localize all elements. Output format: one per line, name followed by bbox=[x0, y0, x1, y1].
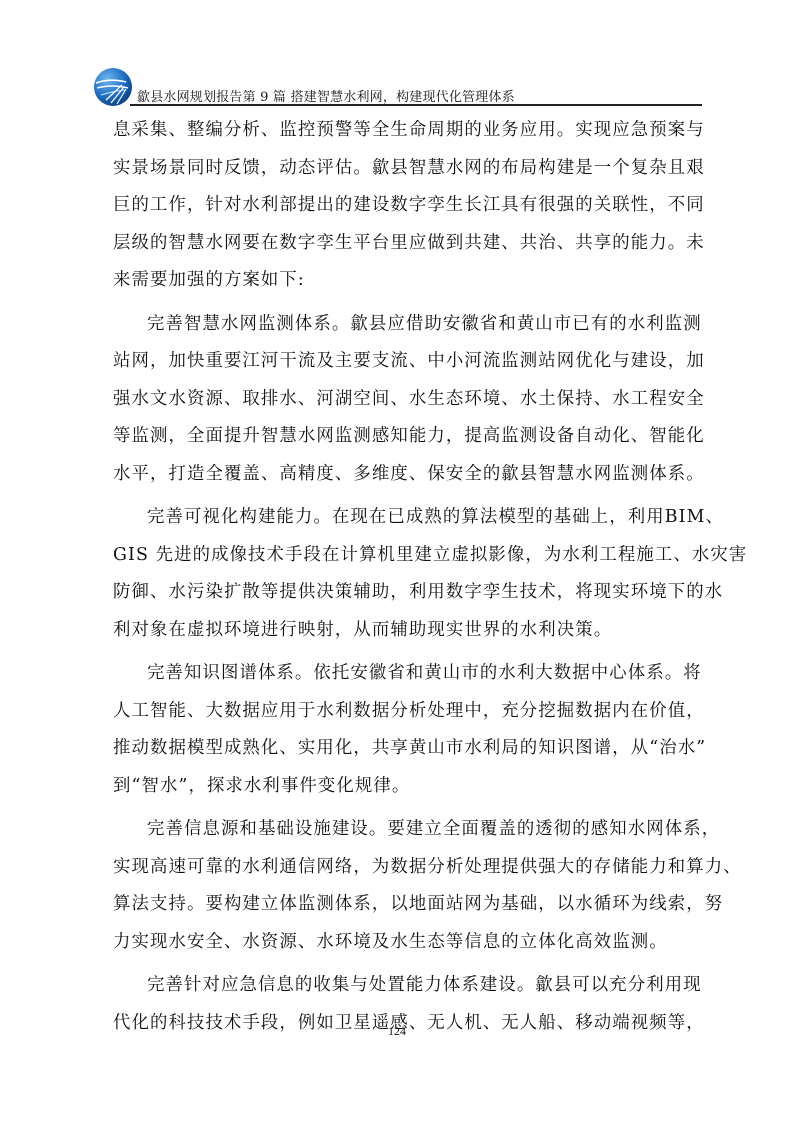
text-line: 完善可视化构建能力。在现在已成熟的算法模型的基础上，利用BIM、 bbox=[113, 499, 713, 537]
text-line: 完善智慧水网监测体系。歙县应借助安徽省和黄山市已有的水利监测 bbox=[113, 306, 713, 344]
text-line: 防御、水污染扩散等提供决策辅助，利用数字孪生技术，将现实环境下的水 bbox=[113, 574, 713, 612]
text-line: 推动数据模型成熟化、实用化，共享黄山市水利局的知识图谱，从“治水” bbox=[113, 730, 713, 768]
page-number: 124 bbox=[0, 1024, 794, 1039]
text-line: 利对象在虚拟环境进行映射，从而辅助现实世界的水利决策。 bbox=[113, 612, 713, 650]
text-line: 强水文水资源、取排水、河湖空间、水生态环境、水土保持、水工程安全 bbox=[113, 381, 713, 419]
text-line: 实景场景同时反馈，动态评估。歙县智慧水网的布局构建是一个复杂且艰 bbox=[113, 150, 713, 188]
water-network-logo-icon bbox=[92, 66, 134, 108]
text-line: 层级的智慧水网要在数字孪生平台里应做到共建、共治、共享的能力。未 bbox=[113, 225, 713, 263]
text-line: 来需要加强的方案如下: bbox=[113, 262, 713, 300]
document-body: 息采集、整编分析、监控预警等全生命周期的业务应用。实现应急预案与 实景场景同时反… bbox=[113, 112, 713, 1042]
header-title: 歙县水网规划报告第 9 篇 搭建智慧水利网，构建现代化管理体系 bbox=[137, 86, 515, 105]
text-line: 水平，打造全覆盖、高精度、多维度、保安全的歙县智慧水网监测体系。 bbox=[113, 456, 713, 494]
text-line: 完善针对应急信息的收集与处置能力体系建设。歙县可以充分利用现 bbox=[113, 967, 713, 1005]
header-divider bbox=[130, 104, 702, 106]
text-line: GIS 先进的成像技术手段在计算机里建立虚拟影像，为水利工程施工、水灾害 bbox=[113, 537, 713, 575]
text-line: 等监测，全面提升智慧水网监测感知能力，提高监测设备自动化、智能化 bbox=[113, 418, 713, 456]
text-line: 到“智水”，探求水利事件变化规律。 bbox=[113, 768, 713, 806]
text-line: 算法支持。要构建立体监测体系，以地面站网为基础，以水循环为线索，努 bbox=[113, 886, 713, 924]
paragraph-knowledge-graph: 完善知识图谱体系。依托安徽省和黄山市的水利大数据中心体系。将 人工智能、大数据应… bbox=[113, 655, 713, 805]
paragraph-visualization: 完善可视化构建能力。在现在已成熟的算法模型的基础上，利用BIM、 GIS 先进的… bbox=[113, 499, 713, 649]
text-line: 巨的工作，针对水利部提出的建设数字孪生长江具有很强的关联性，不同 bbox=[113, 187, 713, 225]
text-line: 力实现水安全、水资源、水环境及水生态等信息的立体化高效监测。 bbox=[113, 924, 713, 962]
text-line: 实现高速可靠的水利通信网络，为数据分析处理提供强大的存储能力和算力、 bbox=[113, 849, 713, 887]
paragraph-infrastructure: 完善信息源和基础设施建设。要建立全面覆盖的透彻的感知水网体系， 实现高速可靠的水… bbox=[113, 811, 713, 961]
text-line: 完善信息源和基础设施建设。要建立全面覆盖的透彻的感知水网体系， bbox=[113, 811, 713, 849]
paragraph-continuation: 息采集、整编分析、监控预警等全生命周期的业务应用。实现应急预案与 实景场景同时反… bbox=[113, 112, 713, 300]
text-line: 人工智能、大数据应用于水利数据分析处理中，充分挖掘数据内在价值， bbox=[113, 693, 713, 731]
text-line: 息采集、整编分析、监控预警等全生命周期的业务应用。实现应急预案与 bbox=[113, 112, 713, 150]
paragraph-monitoring-system: 完善智慧水网监测体系。歙县应借助安徽省和黄山市已有的水利监测 站网，加快重要江河… bbox=[113, 306, 713, 494]
text-line: 站网，加快重要江河干流及主要支流、中小河流监测站网优化与建设，加 bbox=[113, 343, 713, 381]
text-line: 完善知识图谱体系。依托安徽省和黄山市的水利大数据中心体系。将 bbox=[113, 655, 713, 693]
page-header: 歙县水网规划报告第 9 篇 搭建智慧水利网，构建现代化管理体系 bbox=[92, 66, 702, 110]
